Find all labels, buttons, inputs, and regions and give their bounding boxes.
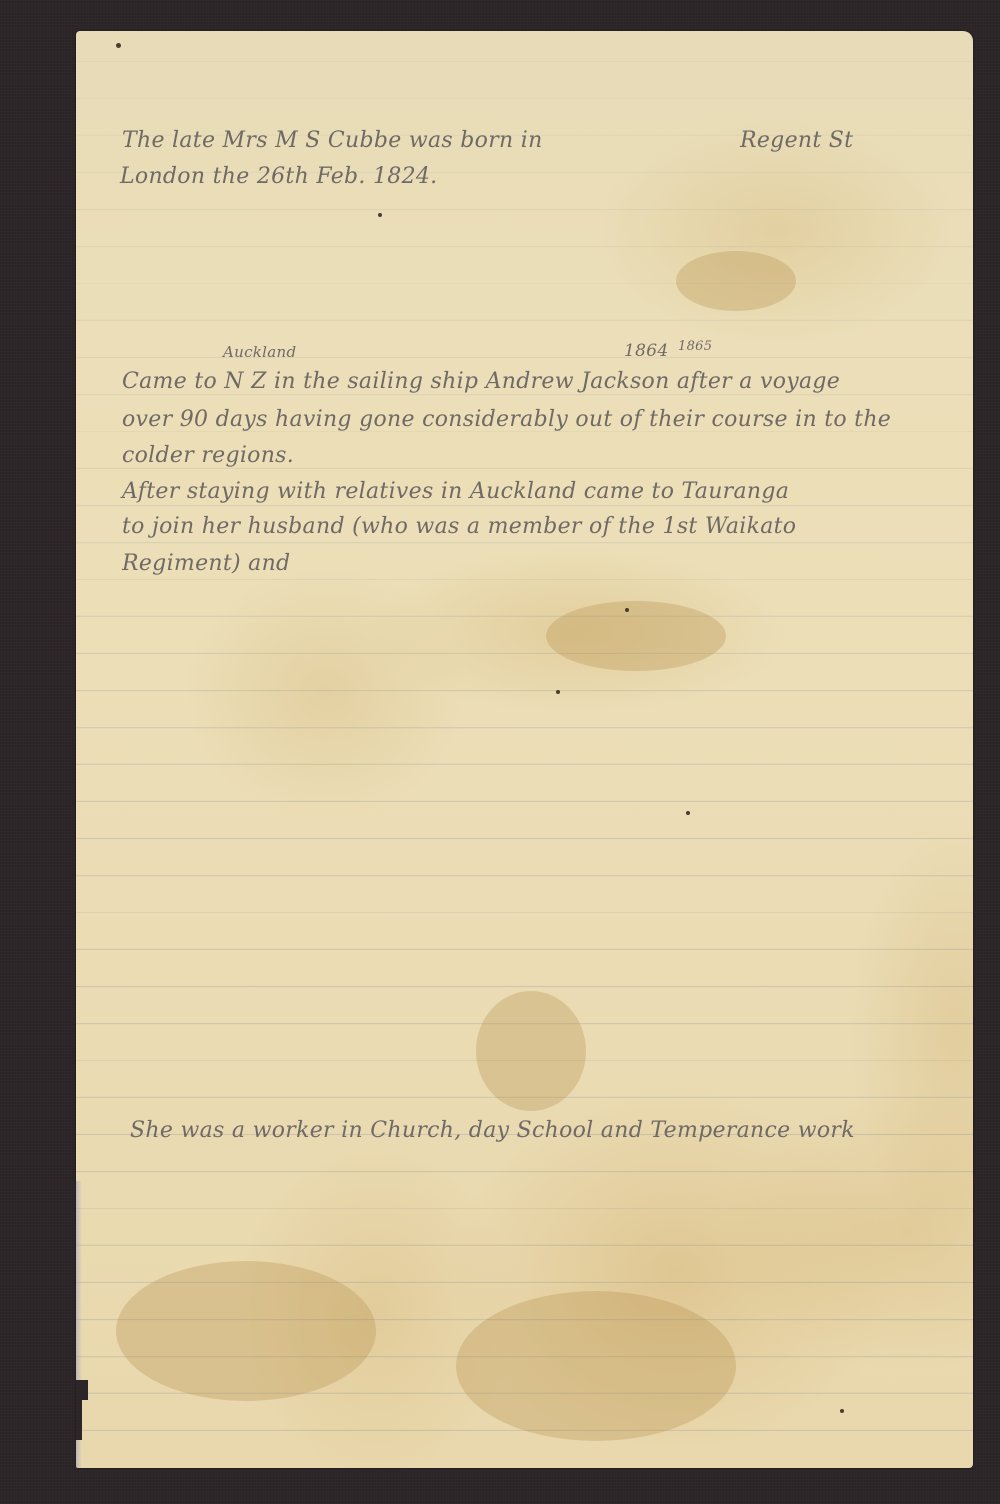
handwritten-insertion: Auckland bbox=[223, 343, 296, 361]
handwritten-line: London the 26th Feb. 1824. bbox=[120, 164, 437, 189]
water-stain bbox=[456, 1291, 736, 1441]
ink-speck bbox=[686, 811, 690, 815]
handwritten-line: Regiment) and bbox=[122, 551, 290, 576]
ink-speck bbox=[556, 690, 560, 694]
handwritten-line: Regent St bbox=[740, 128, 853, 153]
handwritten-line: Came to N Z in the sailing ship Andrew J… bbox=[122, 369, 840, 394]
handwritten-insertion: 1864 bbox=[624, 341, 668, 361]
handwritten-line: The late Mrs M S Cubbe was born in bbox=[122, 128, 543, 153]
document-page: The late Mrs M S Cubbe was born in Regen… bbox=[76, 31, 973, 1468]
ink-speck bbox=[378, 213, 382, 217]
ink-speck bbox=[116, 43, 121, 48]
water-stain bbox=[476, 991, 586, 1111]
ink-speck bbox=[840, 1409, 844, 1413]
torn-paper-notch bbox=[76, 1380, 88, 1400]
handwritten-insertion: 1865 bbox=[678, 339, 712, 354]
water-stain bbox=[116, 1261, 376, 1401]
ink-speck bbox=[625, 608, 629, 612]
handwritten-line: She was a worker in Church, day School a… bbox=[130, 1118, 855, 1143]
ruled-lines bbox=[76, 31, 973, 1468]
handwritten-line: colder regions. bbox=[122, 443, 294, 468]
handwritten-line: over 90 days having gone considerably ou… bbox=[122, 407, 891, 432]
torn-paper-notch bbox=[76, 1400, 82, 1440]
handwritten-line: After staying with relatives in Auckland… bbox=[122, 479, 789, 504]
water-stain bbox=[676, 251, 796, 311]
water-stain bbox=[546, 601, 726, 671]
handwritten-line: to join her husband (who was a member of… bbox=[122, 514, 796, 539]
